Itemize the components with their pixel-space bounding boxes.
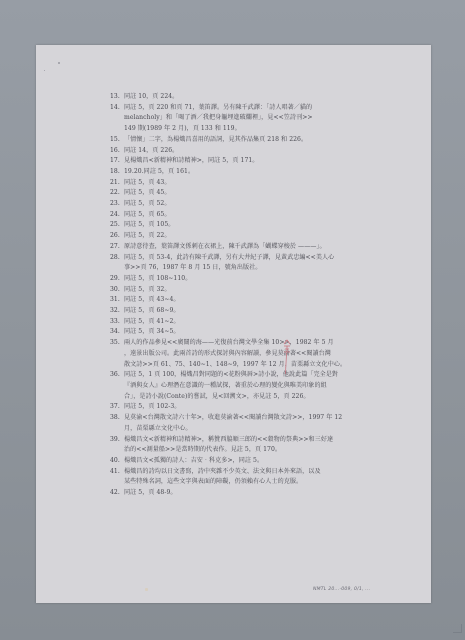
endnote-number: 29. xyxy=(110,274,124,285)
endnote-text: 同註 14，頁 226。 xyxy=(124,147,178,154)
endnote-text: 同註 5，頁 32。 xyxy=(124,286,170,293)
endnote-text: 兩人的作品參見<<廣闊的海——光復前台灣文學全集 10>>，1982 年 5 月 xyxy=(124,339,334,346)
endnote-text: 同註 5，頁 48-9。 xyxy=(124,489,177,496)
endnote-continuation: 散文詩>>頁 61、75、140~1、148~9，1997 年 12 月，苗栗縣… xyxy=(110,360,380,371)
endnote-continuation: melancholy」和「喝了酒／我把身軀埋進破爛裡」，見<<笠詩刊>> xyxy=(110,113,380,124)
endnote-item: 14.同註 5，頁 220 和頁 71，葉笛譯。另有陳千武譯：「詩人唱著／貓的m… xyxy=(110,103,380,135)
endnote-text: 同註 5，頁 43。 xyxy=(124,179,170,186)
endnote-item: 34.同註 5，頁 34~5。 xyxy=(110,327,380,338)
handwritten-annotation-mark xyxy=(280,338,294,374)
endnote-number: 35. xyxy=(110,338,124,349)
endnote-number: 18. xyxy=(110,167,124,178)
endnote-text: 「情懷」二字，為楊熾昌喜用的語詞，見其作品集頁 218 和 226。 xyxy=(124,136,307,143)
endnote-number: 21. xyxy=(110,178,124,189)
endnote-item: 32.同註 5，頁 68~9。 xyxy=(110,306,380,317)
endnote-number: 22. xyxy=(110,188,124,199)
endnote-number: 25. xyxy=(110,220,124,231)
endnotes-list: 13.同註 10，頁 224。14.同註 5，頁 220 和頁 71，葉笛譯。另… xyxy=(110,92,380,499)
endnote-item: 27.原詩意待查，葉笛譯文係刺在衣裙上，陳千武譯為「蝴蝶穿梭於 ———」。 xyxy=(110,242,380,253)
endnote-number: 14. xyxy=(110,103,124,114)
endnote-item: 33.同註 5，頁 41~2。 xyxy=(110,317,380,328)
endnote-text: 同註 5，頁 53-4，此詩有陳千武譯，另有大井紀子譯，見黃武忠編<<美人心 xyxy=(124,254,334,261)
endnote-text: 同註 5，頁 105。 xyxy=(124,221,174,228)
endnote-item: 37.同註 5，頁 102-3。 xyxy=(110,402,380,413)
endnote-number: 41. xyxy=(110,467,124,478)
endnote-number: 36. xyxy=(110,370,124,381)
endnote-continuation: 某些特殊名詞，這些文字與表面的障礙，仍須賴有心人士的克服。 xyxy=(110,477,380,488)
endnote-number: 34. xyxy=(110,327,124,338)
endnote-number: 38. xyxy=(110,413,124,424)
endnote-number: 30. xyxy=(110,285,124,296)
endnote-item: 23.同註 5，頁 52。 xyxy=(110,199,380,210)
endnote-item: 21.同註 5，頁 43。 xyxy=(110,178,380,189)
endnote-text: 見楊熾昌<新精神和詩精神>，同註 5，頁 171。 xyxy=(124,157,258,164)
endnote-text: 同註 5，頁 65。 xyxy=(124,211,170,218)
endnote-text: 同註 10，頁 224。 xyxy=(124,93,178,100)
endnote-text: 同註 5，頁 34~5。 xyxy=(124,328,180,335)
endnote-item: 31.同註 5，頁 43~4。 xyxy=(110,295,380,306)
endnote-text: 楊熾昌的詩均以日文書寫，詩中夾雜不少英文、法文與日本外來語，以及 xyxy=(124,468,321,475)
archive-catalog-number: NMTL 20...-009, 0/1, ... xyxy=(313,587,370,592)
endnote-text: 同註 5，頁 41~2。 xyxy=(124,318,180,325)
endnote-item: 17.見楊熾昌<新精神和詩精神>，同註 5，頁 171。 xyxy=(110,156,380,167)
endnote-number: 23. xyxy=(110,199,124,210)
endnote-item: 38.見莫渝<台灣散文詩六十年>，收進莫渝著<<閱讀台灣散文詩>>，1997 年… xyxy=(110,413,380,434)
endnote-text: 見莫渝<台灣散文詩六十年>，收進莫渝著<<閱讀台灣散文詩>>，1997 年 12 xyxy=(124,414,342,421)
endnote-text: 同註 5，頁 220 和頁 71，葉笛譯。另有陳千武譯：「詩人唱著／貓的 xyxy=(124,104,312,111)
endnote-number: 42. xyxy=(110,488,124,499)
endnote-text: 楊熾昌文<新精神和詩精神>，稱贊西脇順三郎的<<穀物的祭典>>和三好達 xyxy=(124,436,333,443)
endnote-continuation: 合」，是詩小說(Conte)的嘗試，見<回溯文>，亦見註 5，頁 226。 xyxy=(110,392,380,403)
endnote-number: 32. xyxy=(110,306,124,317)
endnote-number: 39. xyxy=(110,435,124,446)
endnote-item: 28.同註 5，頁 53-4，此詩有陳千武譯，另有大井紀子譯，見黃武忠編<<美人… xyxy=(110,253,380,274)
endnote-text: 同註 5，1 頁 100，楊熾昌對同題的<花粉與唇>詩小說，他說此篇「完全是對 xyxy=(124,371,338,378)
endnote-continuation: 月，苗栗縣立文化中心。 xyxy=(110,424,380,435)
endnote-continuation: 事>>頁 76，1987 年 8 月 15 日，號角出版社。 xyxy=(110,263,380,274)
endnote-item: 18.19.20.同註 5，頁 161。 xyxy=(110,167,380,178)
endnote-number: 37. xyxy=(110,402,124,413)
endnote-number: 13. xyxy=(110,92,124,103)
endnote-continuation: ，遠景出版公司。此兩首詩的形式探討與內容解讀，參見莫渝著<<閱讀台灣 xyxy=(110,349,380,360)
endnote-text: 19.20.同註 5，頁 161。 xyxy=(124,168,194,175)
paper-speck xyxy=(44,70,45,71)
endnote-number: 17. xyxy=(110,156,124,167)
endnote-item: 39.楊熾昌文<新精神和詩精神>，稱贊西脇順三郎的<<穀物的祭典>>和三好達治的… xyxy=(110,435,380,456)
paper-stain xyxy=(145,588,148,591)
endnote-item: 41.楊熾昌的詩均以日文書寫，詩中夾雜不少英文、法文與日本外來語，以及某些特殊名… xyxy=(110,467,380,488)
endnote-number: 16. xyxy=(110,146,124,157)
endnote-text: 同註 5，頁 102-3。 xyxy=(124,403,180,410)
endnote-text: 同註 5，頁 22。 xyxy=(124,232,170,239)
endnote-item: 24.同註 5，頁 65。 xyxy=(110,210,380,221)
endnote-number: 24. xyxy=(110,210,124,221)
endnote-item: 29.同註 5，頁 108~110。 xyxy=(110,274,380,285)
endnote-item: 36.同註 5，1 頁 100，楊熾昌對同題的<花粉與唇>詩小說，他說此篇「完全… xyxy=(110,370,380,402)
endnote-number: 28. xyxy=(110,253,124,264)
endnote-text: 同註 5，頁 43~4。 xyxy=(124,296,180,303)
endnote-text: 楊熾昌文<孤獨的詩人：吉安‧科克多>，同註 5。 xyxy=(124,457,263,464)
endnote-item: 40.楊熾昌文<孤獨的詩人：吉安‧科克多>，同註 5。 xyxy=(110,456,380,467)
endnote-item: 22.同註 5，頁 45。 xyxy=(110,188,380,199)
endnote-continuation: 『酒與女人』心理潛在意識的一種試探，著重於心理的變化與唯美印象的組 xyxy=(110,381,380,392)
endnote-continuation: 治的<<測量船>>是當時期的代表作。見註 5，頁 170。 xyxy=(110,445,380,456)
endnote-item: 35.兩人的作品參見<<廣闊的海——光復前台灣文學全集 10>>，1982 年 … xyxy=(110,338,380,370)
endnote-number: 26. xyxy=(110,231,124,242)
endnote-text: 同註 5，頁 52。 xyxy=(124,200,170,207)
endnote-text: 同註 5，頁 108~110。 xyxy=(124,275,191,282)
endnote-item: 26.同註 5，頁 22。 xyxy=(110,231,380,242)
endnote-text: 同註 5，頁 68~9。 xyxy=(124,307,180,314)
endnote-item: 13.同註 10，頁 224。 xyxy=(110,92,380,103)
endnote-item: 42.同註 5，頁 48-9。 xyxy=(110,488,380,499)
endnote-number: 15. xyxy=(110,135,124,146)
endnote-item: 30.同註 5，頁 32。 xyxy=(110,285,380,296)
endnote-item: 25.同註 5，頁 105。 xyxy=(110,220,380,231)
endnote-item: 15.「情懷」二字，為楊熾昌喜用的語詞，見其作品集頁 218 和 226。 xyxy=(110,135,380,146)
endnote-number: 27. xyxy=(110,242,124,253)
endnote-item: 16.同註 14，頁 226。 xyxy=(110,146,380,157)
scan-corner-mark xyxy=(453,624,462,633)
endnote-number: 33. xyxy=(110,317,124,328)
paper-speck xyxy=(58,62,60,64)
endnote-number: 31. xyxy=(110,295,124,306)
endnote-text: 原詩意待查，葉笛譯文係刺在衣裙上，陳千武譯為「蝴蝶穿梭於 ———」。 xyxy=(124,243,326,250)
endnote-number: 40. xyxy=(110,456,124,467)
endnote-text: 同註 5，頁 45。 xyxy=(124,189,170,196)
endnote-continuation: 149 期(1989 年 2 月)，頁 133 和 119。 xyxy=(110,124,380,135)
